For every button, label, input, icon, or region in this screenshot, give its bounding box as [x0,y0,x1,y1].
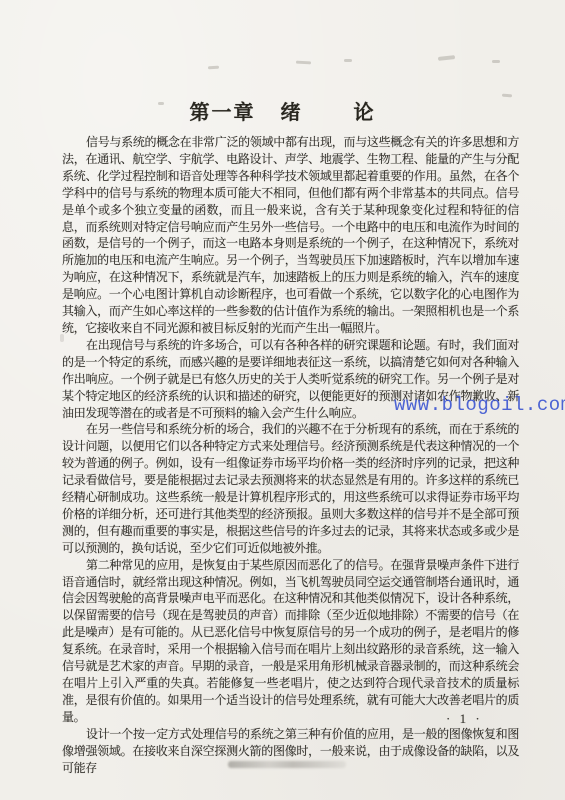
chapter-number: 第一章 [190,102,256,124]
scan-speck [296,61,311,65]
scan-speck [208,66,219,70]
paragraph: 在另一些信号和系统分析的场合，我们的兴趣不在于分析现有的系统，而在于系统的设计问… [62,421,519,556]
page-number: · 1 · [446,711,483,727]
body-text: 信号与系统的概念在非常广泛的领域中都有出现，而与这些概念有关的许多思想和方法，在… [62,134,519,776]
chapter-title-word-1: 绪 [281,102,303,124]
scan-speck [438,55,455,61]
scanned-book-page: 第一章 绪 论 信号与系统的概念在非常广泛的领域中都有出现，而与这些概念有关的许… [0,0,565,800]
scan-speck [344,59,352,62]
paragraph: 设计一个按一定方式处理信号的系统之第三种有价值的应用，是一般的图像恢复和图像增强… [62,726,519,777]
chapter-title-word-2: 论 [354,102,376,124]
scan-speck [492,60,500,63]
paragraph: 信号与系统的概念在非常广泛的领域中都有出现，而与这些概念有关的许多思想和方法，在… [62,134,519,337]
chapter-title: 第一章 绪 论 [0,96,565,125]
watermark-url: www.blogoil.com [394,394,565,416]
paragraph: 第二种常见的应用，是恢复由于某些原因而恶化了的信号。在强背景噪声条件下进行语音通… [62,557,519,726]
